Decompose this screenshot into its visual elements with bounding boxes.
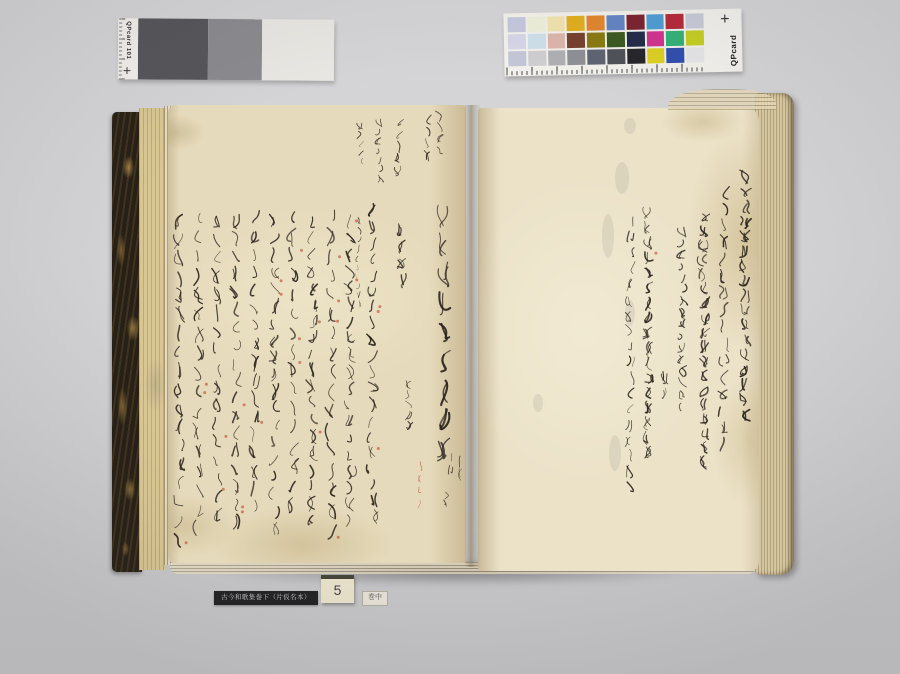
vermilion-reading-dot bbox=[298, 337, 301, 340]
header-col-5 bbox=[357, 123, 364, 164]
vermilion-reading-dot bbox=[337, 536, 340, 539]
color-patch-r2c3 bbox=[547, 33, 565, 48]
header-col-1 bbox=[436, 111, 444, 154]
vermilion-reading-dot bbox=[280, 279, 283, 282]
color-calibration-card: + QPcard bbox=[503, 9, 742, 77]
title-note-1 bbox=[448, 453, 452, 474]
color-patch-r3c8 bbox=[647, 48, 665, 63]
color-patch-r3c10 bbox=[686, 47, 704, 62]
color-patch-r2c9 bbox=[666, 31, 684, 46]
vermilion-reading-dot bbox=[280, 293, 283, 296]
manuscript-book bbox=[112, 85, 796, 581]
color-patch-r1c10 bbox=[686, 13, 704, 28]
page-edge-stack-top bbox=[668, 89, 776, 110]
volume-label-text: 巻中 bbox=[368, 594, 382, 601]
left-page bbox=[168, 105, 466, 563]
grayscale-card-label: QPcard 101 bbox=[125, 21, 131, 59]
title-note-2 bbox=[458, 456, 461, 480]
color-patch-r2c6 bbox=[607, 32, 625, 47]
interlinear-note bbox=[356, 217, 362, 307]
text-col-1 bbox=[367, 204, 382, 524]
vermilion-reading-dot bbox=[241, 510, 244, 513]
gray-patch-mid-gray bbox=[208, 19, 262, 80]
color-patch-r1c1 bbox=[507, 17, 525, 32]
vermilion-reading-dot bbox=[377, 447, 380, 450]
title-column bbox=[437, 205, 450, 461]
crosshair-icon: + bbox=[720, 11, 730, 29]
text-col-4 bbox=[306, 217, 322, 525]
color-patch-r2c10 bbox=[686, 30, 704, 45]
vermilion-reading-dot bbox=[336, 320, 339, 323]
color-patch-r3c9 bbox=[667, 48, 685, 63]
section-label bbox=[397, 224, 406, 288]
color-patch-r1c5 bbox=[587, 15, 605, 30]
color-patch-r3c5 bbox=[587, 49, 605, 64]
vermilion-reading-dot bbox=[260, 421, 263, 424]
vermilion-reading-dot bbox=[355, 279, 358, 282]
photograph-stage: QPcard 101 + + QPcard 古今和歌集巻下（片仮名本） bbox=[0, 0, 900, 674]
book-cover-brocade bbox=[112, 112, 142, 572]
color-patch-r3c1 bbox=[508, 51, 526, 66]
shelf-label-text: 古今和歌集巻下（片仮名本） bbox=[221, 594, 311, 601]
text-col-6 bbox=[269, 214, 283, 534]
text-col-9 bbox=[212, 216, 228, 521]
ink-showthrough-smudge bbox=[609, 435, 621, 471]
color-patch-r3c3 bbox=[548, 50, 566, 65]
color-patch-r2c1 bbox=[508, 34, 526, 49]
grayscale-calibration-card: QPcard 101 + bbox=[118, 18, 334, 81]
text-col-3 bbox=[697, 214, 709, 469]
grayscale-patches bbox=[138, 18, 334, 80]
title-note-3 bbox=[444, 492, 449, 506]
vermilion-reading-dot bbox=[241, 505, 244, 508]
vermilion-reading-dot bbox=[355, 220, 358, 223]
text-col-1 bbox=[740, 170, 752, 421]
ink-showthrough-smudge bbox=[624, 118, 636, 134]
color-patch-r2c8 bbox=[646, 31, 664, 46]
vermilion-reading-dot bbox=[300, 249, 303, 252]
color-card-grid bbox=[507, 13, 704, 66]
color-patch-r3c4 bbox=[568, 50, 586, 65]
vermilion-reading-dot bbox=[243, 403, 246, 406]
color-patch-r3c6 bbox=[607, 49, 625, 64]
color-patch-r1c4 bbox=[567, 16, 585, 31]
header-col-2 bbox=[424, 115, 431, 161]
color-patch-r3c2 bbox=[528, 51, 546, 66]
vermilion-reading-dot bbox=[222, 488, 225, 491]
text-col-3 bbox=[325, 210, 341, 539]
text-col-10 bbox=[193, 213, 208, 535]
color-patch-r2c4 bbox=[567, 33, 585, 48]
crosshair-icon: + bbox=[123, 62, 131, 78]
ink-showthrough-smudge bbox=[615, 162, 629, 194]
text-col-6 bbox=[625, 217, 635, 492]
page-number: 5 bbox=[321, 579, 354, 602]
color-card-label-strip: + QPcard bbox=[703, 9, 742, 73]
text-col-4 bbox=[677, 227, 688, 411]
gray-patch-dark-gray bbox=[138, 18, 208, 79]
vermilion-reading-dot bbox=[318, 320, 321, 323]
text-col-2 bbox=[718, 187, 729, 451]
left-page-calligraphy bbox=[168, 105, 466, 563]
volume-label: 巻中 bbox=[362, 591, 388, 606]
text-col-7 bbox=[249, 211, 263, 512]
color-card-label: QPcard bbox=[729, 34, 739, 66]
vermilion-reading-dot bbox=[378, 305, 381, 308]
vermilion-reading-dot bbox=[338, 255, 341, 258]
right-page bbox=[478, 108, 759, 571]
ink-showthrough-smudge bbox=[533, 394, 543, 412]
vermilion-reading-dot bbox=[298, 361, 301, 364]
vermilion-reading-dot bbox=[377, 310, 380, 313]
vermilion-reading-dot bbox=[337, 299, 340, 302]
color-patch-r1c9 bbox=[666, 14, 684, 29]
color-patch-r1c3 bbox=[547, 16, 565, 31]
page-number-plaque: 5 bbox=[321, 575, 354, 603]
grayscale-card-label-strip: QPcard 101 + bbox=[118, 18, 138, 79]
text-col-11 bbox=[174, 214, 188, 547]
fore-edge-right bbox=[755, 93, 794, 575]
color-patch-r3c7 bbox=[627, 49, 645, 64]
text-col-5 bbox=[287, 212, 303, 513]
vermilion-reading-dot bbox=[205, 383, 208, 386]
author-label bbox=[405, 381, 412, 430]
book-gutter bbox=[464, 105, 481, 567]
red-reading-mark bbox=[418, 462, 422, 508]
color-patch-r2c2 bbox=[528, 34, 546, 49]
vermilion-reading-dot bbox=[319, 431, 322, 434]
text-col-8 bbox=[230, 215, 246, 530]
color-patch-r1c7 bbox=[626, 15, 644, 30]
gray-patch-white bbox=[262, 19, 334, 81]
ink-showthrough-smudge bbox=[602, 214, 614, 258]
vermilion-reading-dot bbox=[185, 541, 188, 544]
cover-inner-edge bbox=[139, 108, 166, 570]
vermilion-reading-dot bbox=[224, 435, 227, 438]
color-patch-r1c6 bbox=[606, 15, 624, 30]
annotation bbox=[661, 372, 667, 399]
header-col-4 bbox=[375, 119, 383, 182]
text-col-5 bbox=[643, 207, 658, 458]
vermilion-reading-dot bbox=[654, 252, 657, 255]
vermilion-reading-dot bbox=[203, 391, 206, 394]
color-patch-r2c5 bbox=[587, 32, 605, 47]
color-patch-r1c2 bbox=[527, 17, 545, 32]
header-col-3 bbox=[394, 120, 403, 176]
color-patch-r2c7 bbox=[627, 32, 645, 47]
right-page-calligraphy bbox=[478, 108, 759, 571]
color-patch-r1c8 bbox=[646, 14, 664, 29]
shelf-label: 古今和歌集巻下（片仮名本） bbox=[214, 591, 318, 605]
